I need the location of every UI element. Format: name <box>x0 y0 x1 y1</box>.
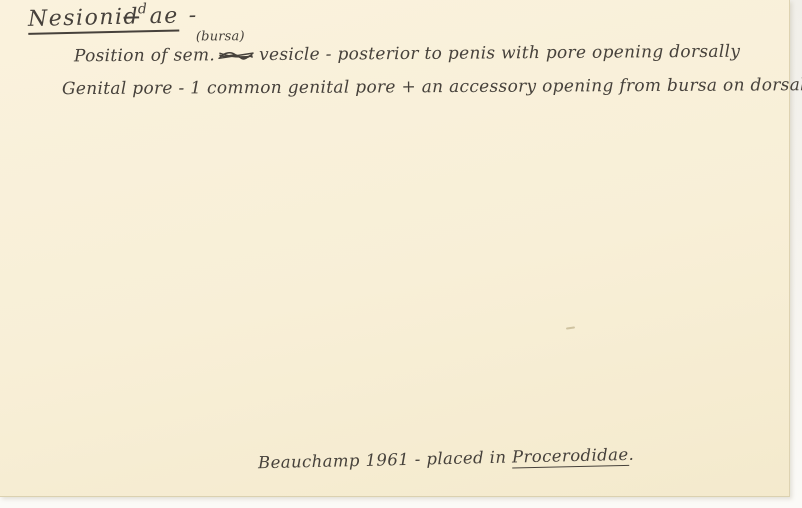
footer-citation-text: Beauchamp 1961 - placed in <box>258 448 512 473</box>
note-line-semvesicle: (bursa) Position of sem. vesicle - poste… <box>74 42 740 67</box>
footer-family-term: Procerodidae <box>512 445 629 469</box>
note-line-semvesicle-lead: Position of sem. <box>74 45 215 66</box>
card-heading: Nesioniddae- <box>28 3 198 35</box>
bursa-annotation: (bursa) <box>196 29 245 44</box>
heading-inserted-letter: d <box>138 1 149 17</box>
scanned-page: Nesioniddae- (bursa) Position of sem. ve… <box>0 0 802 508</box>
note-line-semvesicle-rest: vesicle - posterior to penis with pore o… <box>259 42 740 65</box>
footer-period: . <box>628 445 634 464</box>
paper-speck <box>566 326 575 329</box>
scribbled-out-word <box>218 49 254 62</box>
note-line-genitalpore-text: Genital pore - 1 common genital pore + a… <box>62 75 802 99</box>
heading-word-prefix: Nesioni <box>28 5 124 32</box>
footer-note: Beauchamp 1961 - placed in Procerodidae. <box>258 445 635 473</box>
index-card: Nesioniddae- (bursa) Position of sem. ve… <box>0 0 790 497</box>
heading-dash: - <box>188 3 198 28</box>
note-line-genitalpore: Genital pore - 1 common genital pore + a… <box>62 75 802 99</box>
heading-word-suffix: ae <box>149 4 179 30</box>
heading-word: Nesioniddae <box>28 4 179 35</box>
